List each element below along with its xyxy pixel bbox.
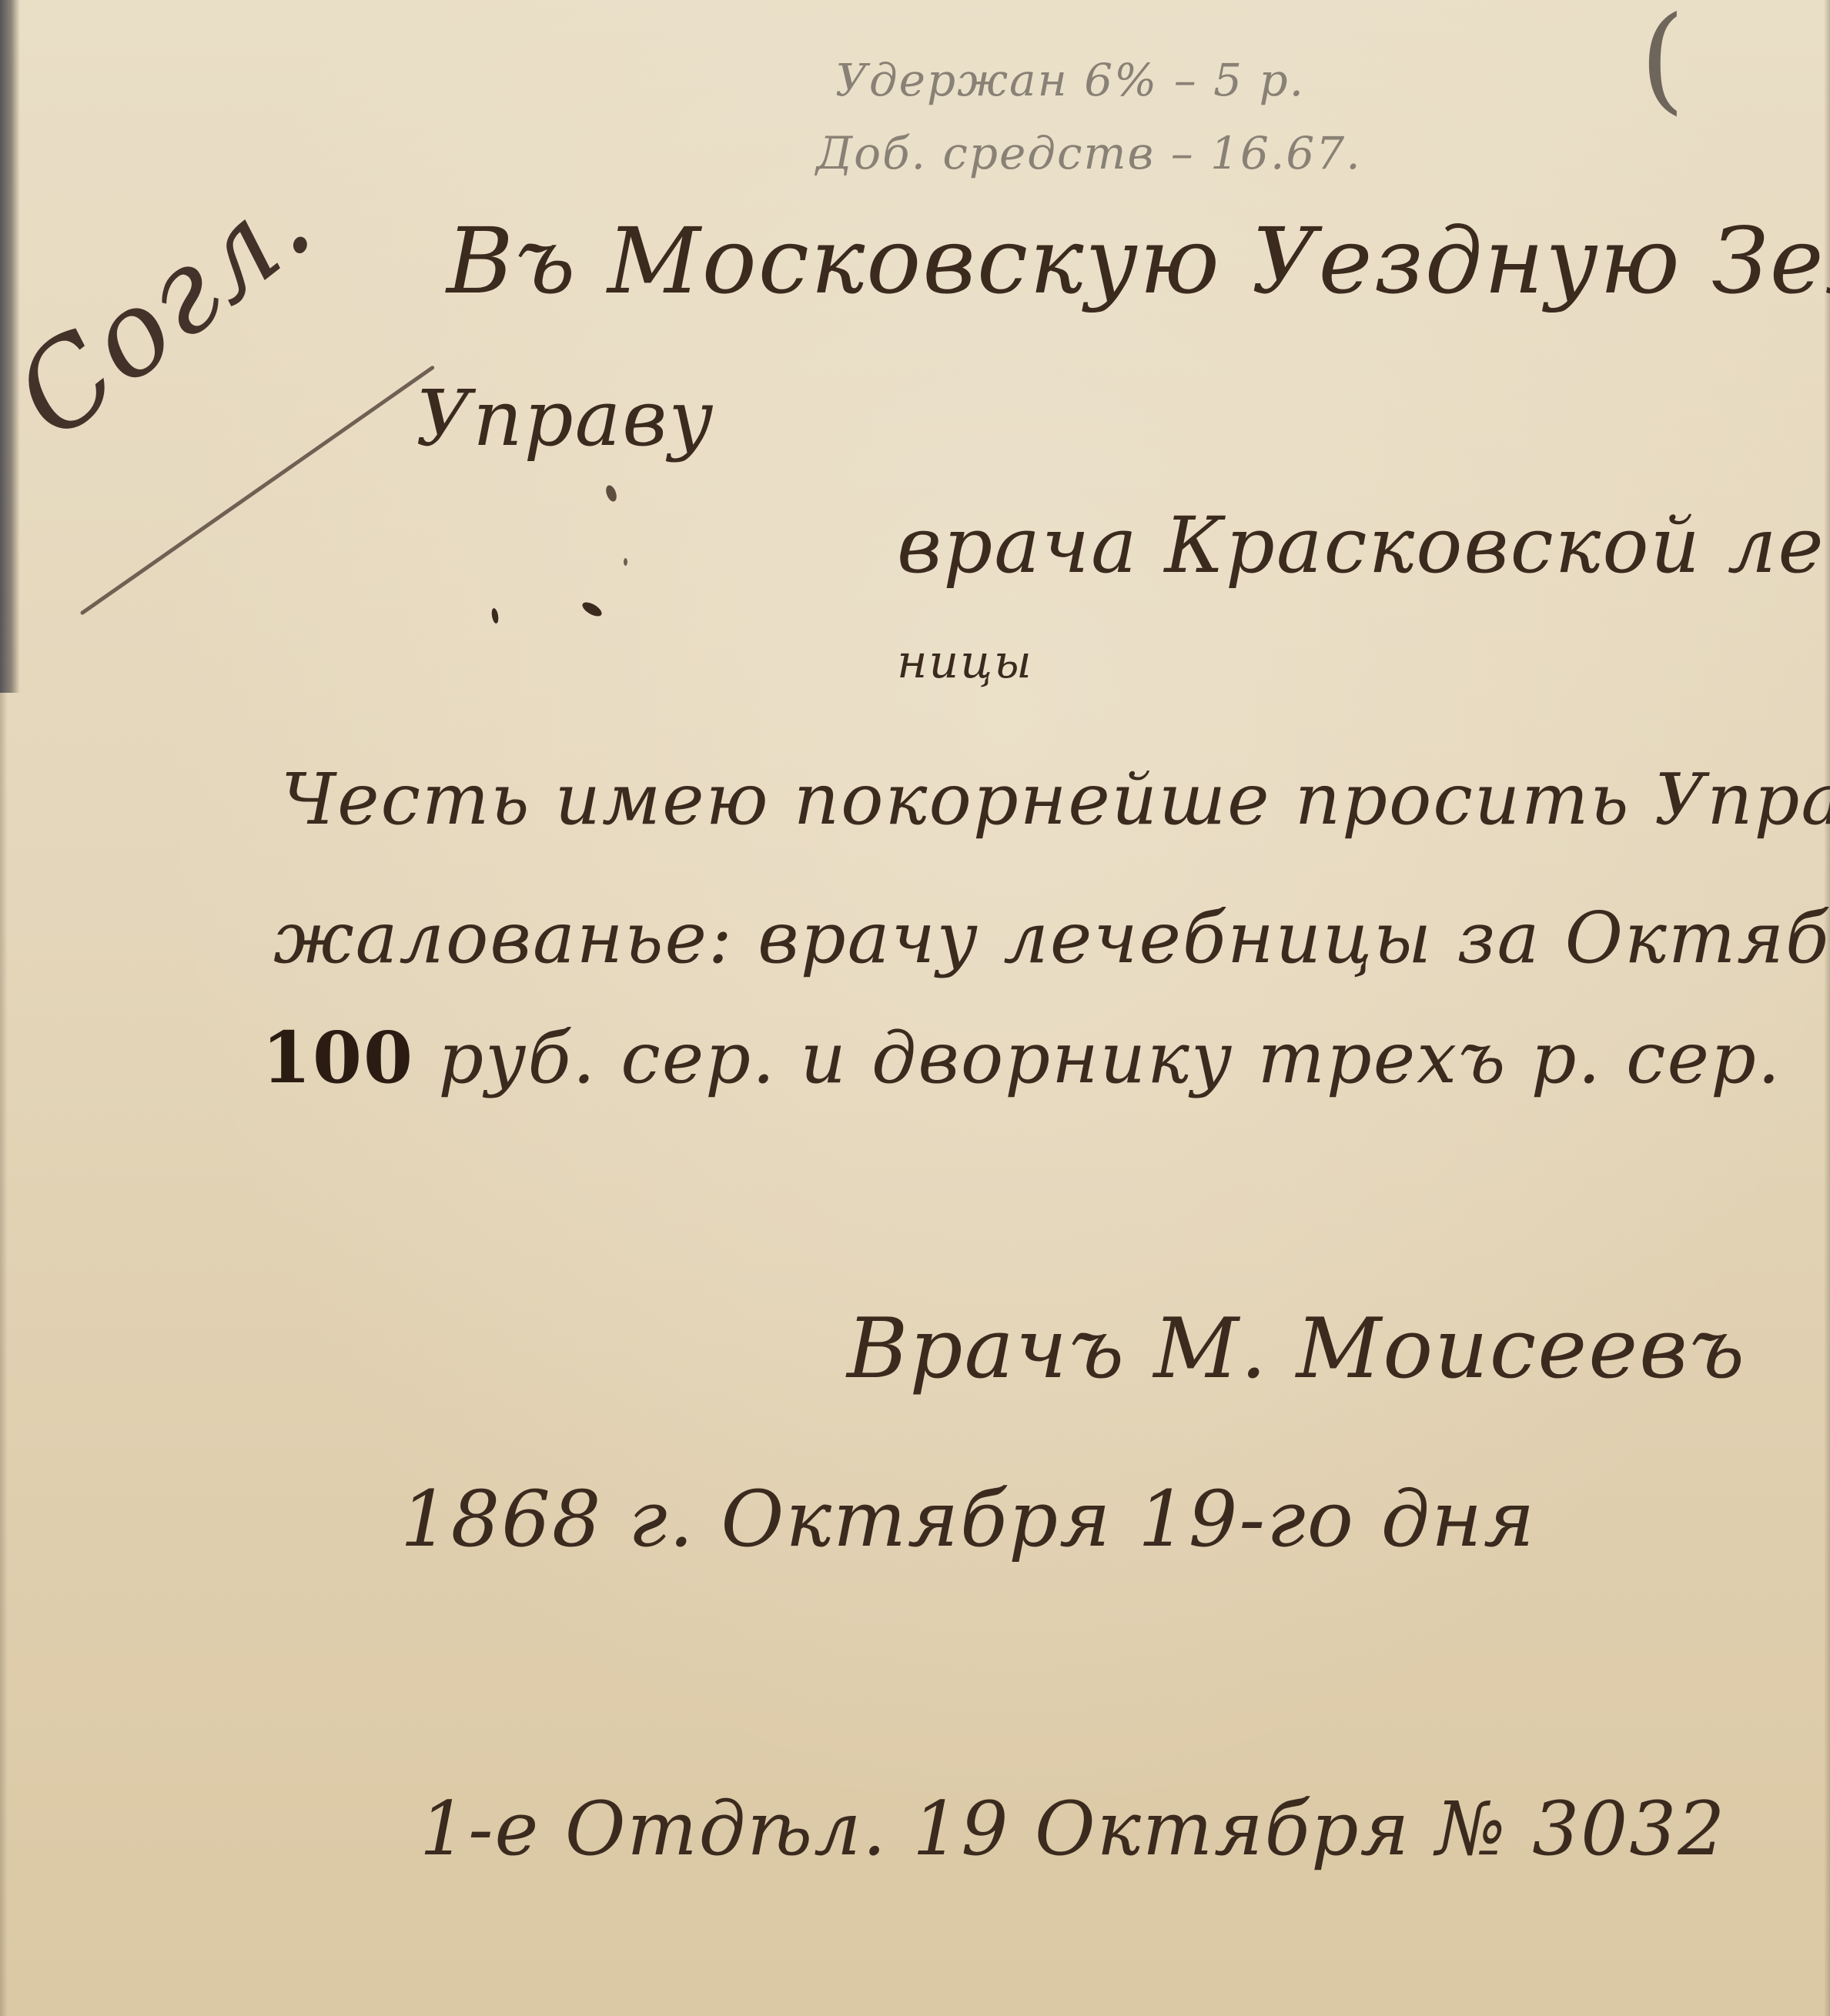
pencil-note-deduction: Удержан 6% – 5 р. <box>835 54 1305 106</box>
body-line-1: Честь имею покорнейше просить Управу выд… <box>281 758 1830 841</box>
body-line-3-text: руб. сер. и дворнику трехъ р. сер. <box>414 1017 1781 1099</box>
body-line-3: 100 руб. сер. и дворнику трехъ р. сер. <box>262 1016 1781 1099</box>
addressee-line-1: Въ Московскую Уездную Земскую <box>447 208 1830 314</box>
body-line-2: жалованье: врачу лечебницы за Октябрь ме… <box>273 897 1830 979</box>
sender-line-1: врача Красковской лечеб- <box>897 500 1830 590</box>
sender-line-2: ницы <box>897 635 1033 689</box>
addressee-line-2: Управу <box>416 373 715 463</box>
page-number-mark: ( <box>1640 0 1687 126</box>
registration-number: 1-е Отдѣл. 19 Октября № 3032 <box>420 1786 1726 1872</box>
signature: Врачъ М. Моисеевъ <box>847 1301 1746 1397</box>
document-date: 1868 г. Октября 19-го дня <box>400 1474 1536 1564</box>
ink-spot <box>624 558 627 566</box>
pencil-note-additional-funds: Доб. средств – 16.67. <box>816 127 1362 179</box>
binding-shadow-lower <box>0 693 8 2016</box>
salary-amount: 100 <box>262 1016 414 1099</box>
